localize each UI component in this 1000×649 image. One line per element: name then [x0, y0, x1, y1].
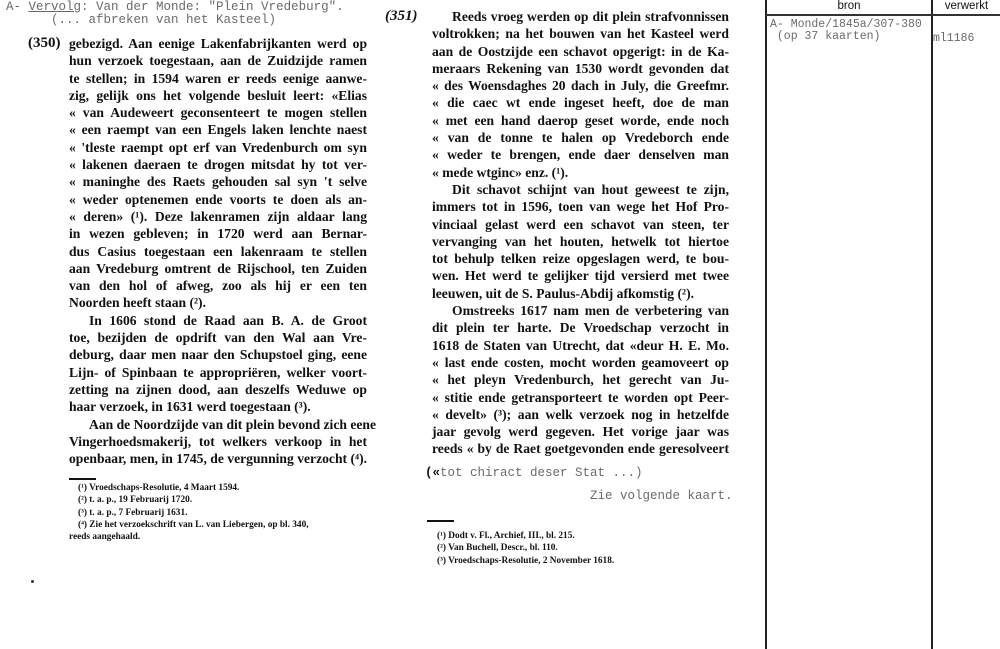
table-left-border — [765, 0, 767, 649]
text-line: vinciaal gelast werd een schavot van ste… — [432, 216, 729, 233]
text-line: van den hol of afweg, zoo als hij er een… — [69, 277, 367, 294]
text-line: « develt» (³); aan welk verzoek nog in h… — [432, 406, 729, 423]
text-line: 1618 de Staten van Utrecht, dat «deur H.… — [432, 337, 729, 354]
text-line: « met een hand daerop geset worde, ende … — [432, 112, 729, 129]
text-line: « van de tonne te halen op Vredeborch en… — [432, 129, 729, 146]
text-line: Reeds vroeg werden op dit plein strafvon… — [432, 8, 729, 25]
table-header-rule — [766, 14, 1000, 16]
text-line: « des Woensdaghes 20 dach in July, die G… — [432, 77, 729, 94]
text-line: dit plein ter harte. De Vroedschap verzo… — [432, 319, 729, 336]
footnote: (³) t. a. p., 7 Februarij 1631. — [78, 507, 309, 519]
footnote: (³) Vroedschaps-Resolutie, 2 November 16… — [437, 555, 614, 567]
column-header-bron: bron — [767, 0, 931, 12]
bron-line: (op 37 kaarten) — [770, 31, 922, 43]
text-line: « mede wtginc» enz. (¹). — [432, 164, 729, 181]
text-line: leeuwen, uit de S. Paulus-Abdij afkomsti… — [432, 285, 729, 302]
text-line: « last ende costen, mocht worden geamove… — [432, 354, 729, 371]
footnote: (¹) Vroedschaps-Resolutie, 4 Maart 1594. — [78, 482, 309, 494]
footnote-divider-right — [427, 520, 454, 522]
page-number-left: (350) — [28, 35, 61, 52]
text-line: « van Audeweert geconsenteert te mogen s… — [69, 104, 367, 121]
footnote: reeds aangehaald. — [69, 531, 309, 543]
text-line: meraars Rekening van 1530 wordt gevonden… — [432, 60, 729, 77]
text-line: Lijn- of Spinbaan te appropriëren, welke… — [69, 364, 367, 381]
table-column-divider — [931, 0, 933, 649]
typed-continuation-text: tot chiract deser Stat ...) — [440, 466, 643, 480]
right-page-body: Reeds vroeg werden op dit plein strafvon… — [432, 8, 729, 458]
text-line: Noorden heeft staan (²). — [69, 294, 367, 311]
see-next-card: Zie volgende kaart. — [590, 490, 733, 503]
text-line: deburg, daar men naar den Schupstoel gin… — [69, 346, 367, 363]
text-line: « die caec wt ende ingeset heeft, doe de… — [432, 94, 729, 111]
text-line: Aan de Noordzijde van dit plein bevond z… — [69, 416, 367, 433]
text-line: « weder te brengen, ende daer denselven … — [432, 146, 729, 163]
text-line: in wezen gebleven; in 1720 werd aan Bern… — [69, 225, 367, 242]
text-line: « het pleyn Vredenburch, het gerecht van… — [432, 371, 729, 388]
footnote: (⁴) Zie het verzoekschrift van L. van Li… — [78, 519, 309, 531]
text-line: immers tot in 1596, toen van wege het Ho… — [432, 198, 729, 215]
left-footnotes: (¹) Vroedschaps-Resolutie, 4 Maart 1594.… — [78, 482, 309, 543]
header-subtitle: (... afbreken van het Kasteel) — [51, 14, 276, 27]
text-line: haar verzoek, in 1631 werd toegestaan (³… — [69, 398, 367, 415]
footnote: (²) t. a. p., 19 Februarij 1720. — [78, 494, 309, 506]
text-line: jaar gevolg werd gegeven. Het vorige jaa… — [432, 423, 729, 440]
text-line: gebezigd. Aan eenige Lakenfabrijkanten w… — [69, 35, 367, 52]
text-line: « maninghe des Raets gehouden sal syn 't… — [69, 173, 367, 190]
page-number-right: (351) — [385, 8, 418, 25]
header-vervolg: Vervolg — [29, 0, 82, 14]
text-line: hun verzoek toegestaan, aan de Zuidzijde… — [69, 52, 367, 69]
text-line: dus Casius toegestaan een lakenraam te s… — [69, 243, 367, 260]
left-page-body: gebezigd. Aan eenige Lakenfabrijkanten w… — [69, 35, 367, 467]
text-line: wen. Het werd te gelijker tijd versierd … — [432, 267, 729, 284]
text-line: toe, bezijden de opdrift van den Wal aan… — [69, 329, 367, 346]
footnote: (²) Van Buchell, Descr., bl. 110. — [437, 542, 614, 554]
verwerkt-cell: ml1186 — [933, 32, 974, 45]
text-line: « een raempt van een Engels laken lencht… — [69, 121, 367, 138]
header-title: : Van der Monde: "Plein Vredeburg". — [81, 0, 344, 14]
column-header-verwerkt: verwerkt — [933, 0, 1000, 12]
typed-continuation: («tot chiract deser Stat ...) — [425, 467, 643, 480]
text-line: zig, gelijk ons het volgende besluit lee… — [69, 87, 367, 104]
text-line: « deren» (¹). Deze lakenramen zijn aldaa… — [69, 208, 367, 225]
text-line: « stitie ende getransporteert te worden … — [432, 389, 729, 406]
text-line: aan Vredeburg omtrent de Rijschool, ten … — [69, 260, 367, 277]
typed-continuation-prefix: (« — [425, 466, 440, 480]
text-line: zetting na zijnen dood, aan deszelfs Wed… — [69, 381, 367, 398]
text-line: Omstreeks 1617 nam men de verbetering va… — [432, 302, 729, 319]
text-line: « 'tleste raempt opt erf van Vredenburch… — [69, 139, 367, 156]
text-line: tot behulp telken reize opgeslagen werd,… — [432, 250, 729, 267]
text-line: aan de Oostzijde een schavot opgerigt: i… — [432, 43, 729, 60]
header-prefix: A- — [6, 0, 29, 14]
text-line: openbaar, men, in 1745, de vergunning ve… — [69, 450, 367, 467]
speck-mark — [31, 580, 34, 583]
text-line: te stellen; in 1594 waren er reeds eenig… — [69, 70, 367, 87]
footnote-divider-left — [69, 478, 96, 480]
text-line: « lakenen daeraen te drogen mitsdat hy t… — [69, 156, 367, 173]
text-line: In 1606 stond de Raad aan B. A. de Groot — [69, 312, 367, 329]
bron-cell: A- Monde/1845a/307-380 (op 37 kaarten) — [770, 19, 922, 43]
text-line: « weder optenemen ende voorts te doen al… — [69, 191, 367, 208]
right-footnotes: (¹) Dodt v. Fl., Archief, III., bl. 215.… — [437, 530, 614, 567]
text-line: Vingerhoedsmakerij, tot welkers verkoop … — [69, 433, 367, 450]
text-line: vervanging van het houten, hetwelk tot h… — [432, 233, 729, 250]
footnote: (¹) Dodt v. Fl., Archief, III., bl. 215. — [437, 530, 614, 542]
text-line: voltrokken; na het bouwen van het Kastee… — [432, 25, 729, 42]
text-line: Dit schavot schijnt van hout geweest te … — [432, 181, 729, 198]
text-line: reeds « by de Raet goetgevonden ende ger… — [432, 440, 729, 457]
